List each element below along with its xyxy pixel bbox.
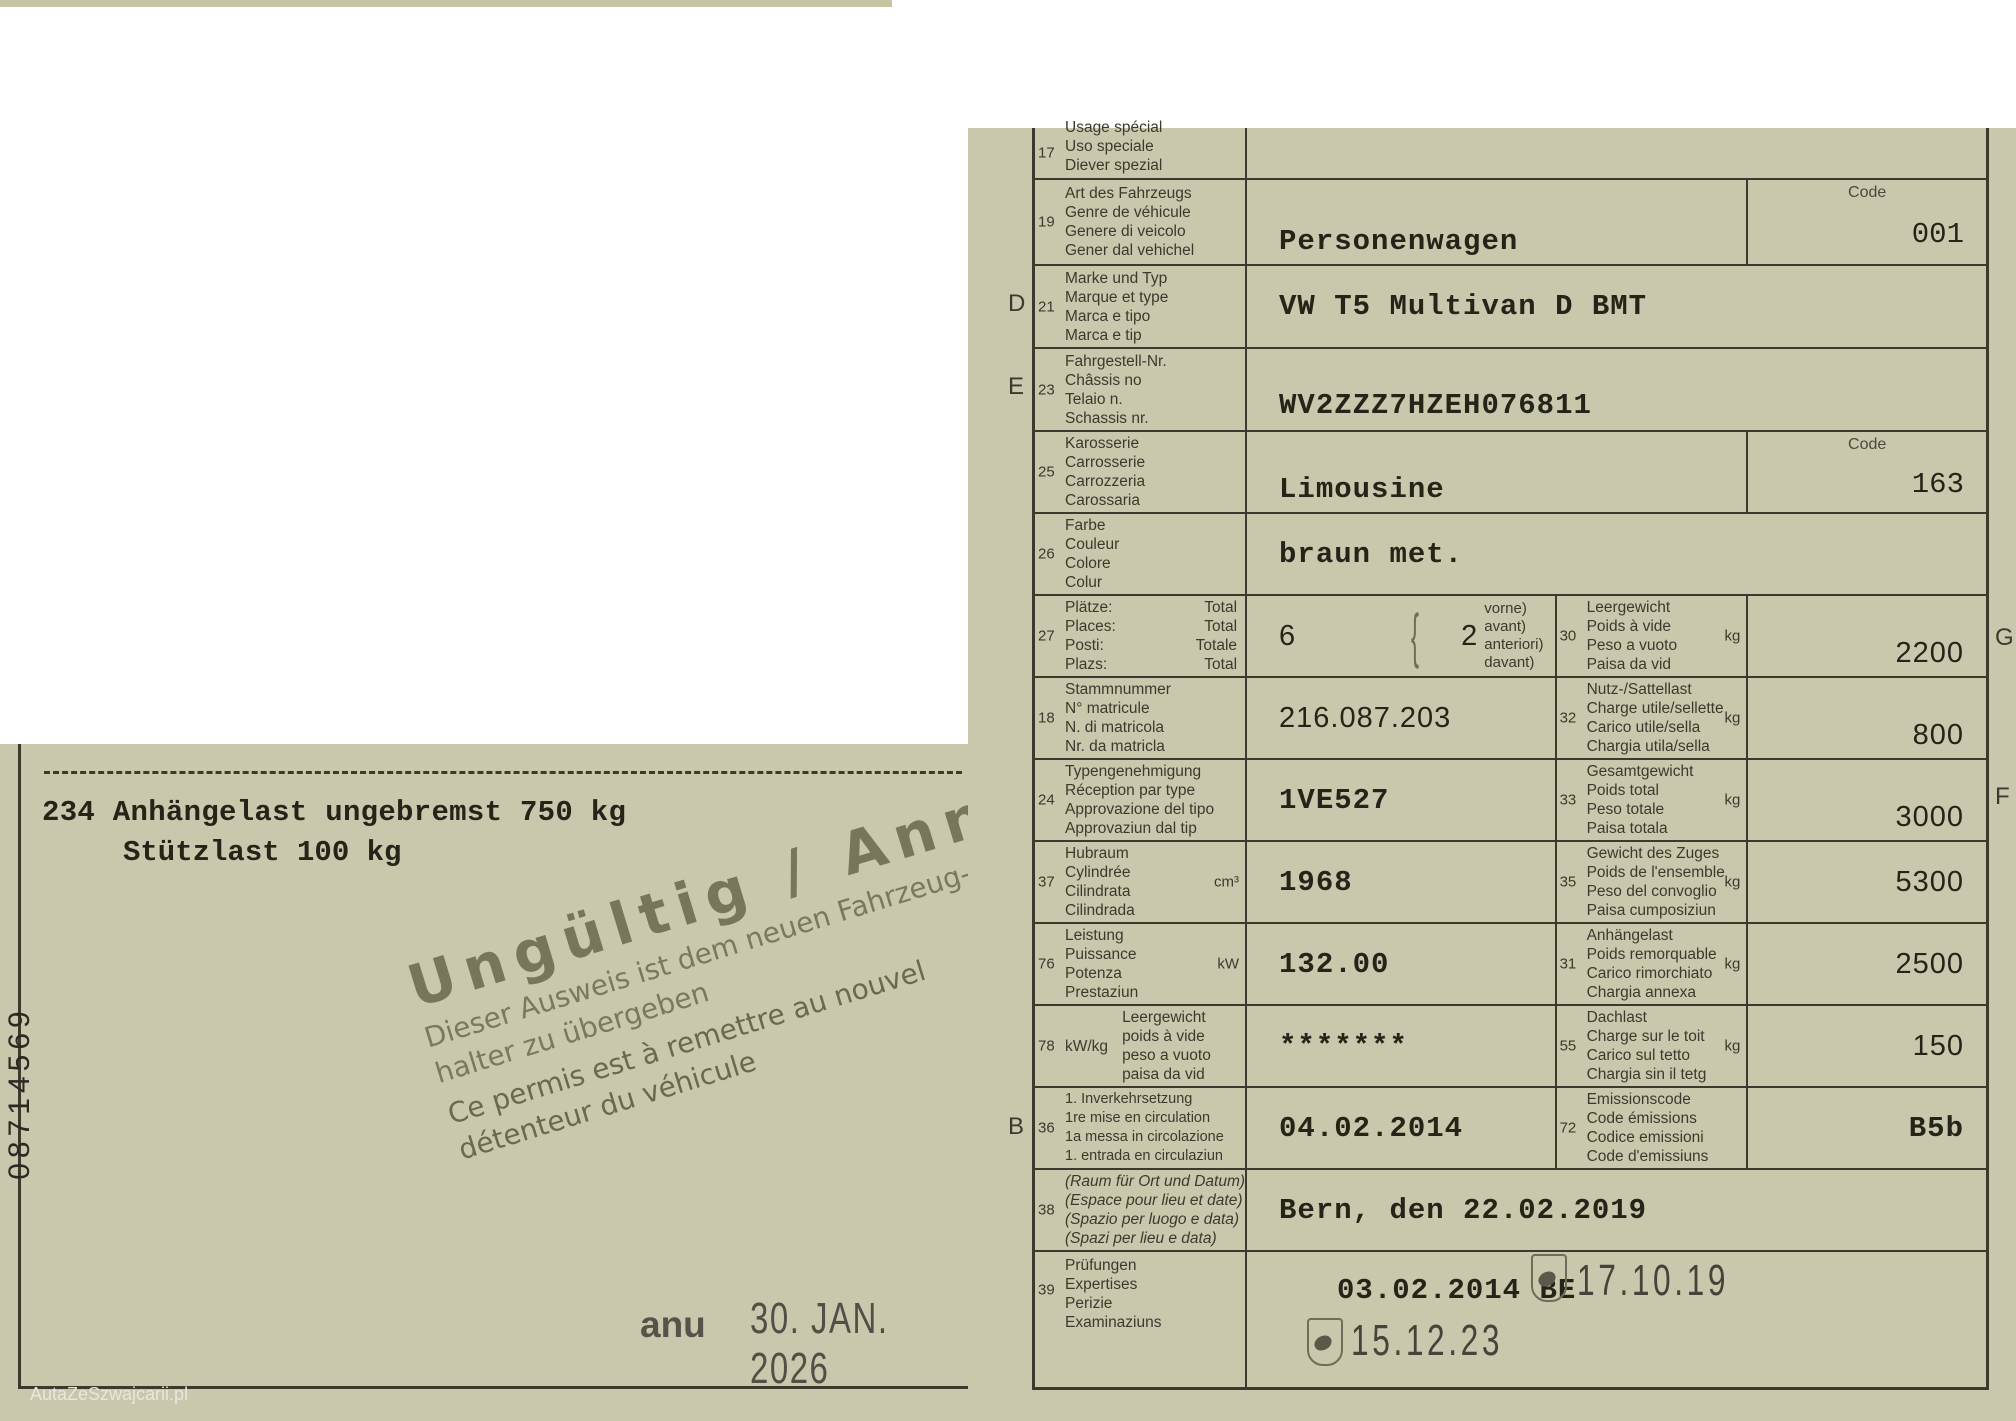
label-payload: 32kg Nutz-/SattellastCharge utile/sellet… — [1556, 677, 1748, 759]
row-chassis: 23 Fahrgestell-Nr.Châssis no Telaio n.Sc… — [1034, 348, 1988, 431]
value-make-type: VW T5 Multivan D BMT — [1246, 265, 1987, 348]
bern-shield-icon — [1531, 1254, 1567, 1302]
value-combination-weight: 5300 — [1747, 841, 1987, 923]
value-body: Limousine — [1246, 431, 1747, 513]
row-power-ratio-roof: 78 kW/kg Leergewichtpoids à vide peso a … — [1034, 1005, 1988, 1087]
side-letter-f: F — [1995, 783, 2010, 811]
value-empty-weight: 2200 — [1747, 595, 1987, 677]
label-roof-load: 55kg DachlastCharge sur le toit Carico s… — [1556, 1005, 1748, 1087]
value-seats-front: { 2 vorne)avant) anteriori)davant) — [1401, 595, 1555, 677]
note-support-load: Stützlast 100 kg — [123, 836, 401, 869]
watermark: AutaZeSzwajcarii.pl — [30, 1384, 188, 1405]
cancel-date-stamp: 30. JAN. 2026 — [750, 1294, 917, 1394]
label-vehicle-kind: 19 Art des FahrzeugsGenre de véhicule Ge… — [1034, 179, 1247, 265]
inspection-stamp-2019: 17.10.19 — [1577, 1256, 1729, 1306]
value-payload: 800 — [1747, 677, 1987, 759]
label-seats: 27 Plätze:Total Places:Total Posti:Total… — [1034, 595, 1247, 677]
label-color: 26 FarbeCouleur ColoreColur — [1034, 513, 1247, 595]
value-trailer-load: 2500 — [1747, 923, 1987, 1005]
brace-icon: { — [1411, 606, 1419, 666]
label-body: 25 KarosserieCarrosserie CarrozzeriaCaro… — [1034, 431, 1247, 513]
row-usage: 17 Usage spécial Uso speciale Diever spe… — [1034, 128, 1988, 179]
dashed-separator — [44, 771, 962, 774]
row-inspections: 39 PrüfungenExpertises PerizieExaminaziu… — [1034, 1251, 1988, 1388]
label-inspections: 39 PrüfungenExpertises PerizieExaminaziu… — [1034, 1251, 1247, 1388]
label-emission-code: 72 EmissionscodeCode émissions Codice em… — [1556, 1087, 1748, 1169]
row-displacement-combination: 37cm³ HubraumCylindrée CilindrataCilindr… — [1034, 841, 1988, 923]
row-type-approval-total-weight: 24 TypengenehmigungRéception par type Ap… — [1034, 759, 1988, 841]
value-first-registration: 04.02.2014 — [1246, 1087, 1556, 1169]
label-make-type: 21 Marke und TypMarque et type Marca e t… — [1034, 265, 1247, 348]
label-type-approval: 24 TypengenehmigungRéception par type Ap… — [1034, 759, 1247, 841]
row-place-date: 38 (Raum für Ort und Datum)(Espace pour … — [1034, 1169, 1988, 1251]
value-roof-load: 150 — [1747, 1005, 1987, 1087]
row-seats-empty-weight: 27 Plätze:Total Places:Total Posti:Total… — [1034, 595, 1988, 677]
value-displacement: 1968 — [1246, 841, 1556, 923]
registration-back-panel: 234 Anhängelast ungebremst 750 kg Stützl… — [0, 744, 972, 1421]
label-usage: 17 Usage spécial Uso speciale Diever spe… — [1034, 128, 1247, 179]
label-combination-weight: 35kg Gewicht des ZugesPoids de l'ensembl… — [1556, 841, 1748, 923]
value-emission-code: B5b — [1747, 1087, 1987, 1169]
label-first-registration: 36 1. Inverkehrsetzung1re mise en circul… — [1034, 1087, 1247, 1169]
value-matricule: 216.087.203 — [1246, 677, 1556, 759]
value-vehicle-kind: Personenwagen — [1246, 179, 1747, 265]
value-inspections: 03.02.2014 BE 17.10.19 15.12.23 — [1246, 1251, 1987, 1388]
value-total-weight: 3000 — [1747, 759, 1987, 841]
row-body: 25 KarosserieCarrosserie CarrozzeriaCaro… — [1034, 431, 1988, 513]
bern-shield-icon — [1307, 1318, 1343, 1366]
label-power-ratio: 78 kW/kg Leergewichtpoids à vide peso a … — [1034, 1005, 1247, 1087]
value-color: braun met. — [1246, 513, 1987, 595]
side-letter-d: D — [1008, 290, 1025, 318]
row-color: 26 FarbeCouleur ColoreColur braun met. — [1034, 513, 1988, 595]
code-vehicle-kind: Code 001 — [1747, 179, 1987, 265]
value-type-approval: 1VE527 — [1246, 759, 1556, 841]
label-matricule: 18 StammnummerN° matricule N. di matrico… — [1034, 677, 1247, 759]
row-vehicle-kind: 19 Art des FahrzeugsGenre de véhicule Ge… — [1034, 179, 1988, 265]
side-letter-g: G — [1995, 624, 2014, 652]
side-letter-b: B — [1008, 1113, 1024, 1141]
label-displacement: 37cm³ HubraumCylindrée CilindrataCilindr… — [1034, 841, 1247, 923]
note-trailer-load: 234 Anhängelast ungebremst 750 kg — [42, 796, 626, 829]
row-make-type: 21 Marke und TypMarque et type Marca e t… — [1034, 265, 1988, 348]
value-seats-total: 6 — [1246, 595, 1401, 677]
label-trailer-load: 31kg AnhängelastPoids remorquable Carico… — [1556, 923, 1748, 1005]
label-chassis: 23 Fahrgestell-Nr.Châssis no Telaio n.Sc… — [1034, 348, 1247, 431]
serial-number: 08714569 — [3, 978, 37, 1208]
value-place-date: Bern, den 22.02.2019 — [1246, 1169, 1987, 1251]
label-total-weight: 33kg GesamtgewichtPoids total Peso total… — [1556, 759, 1748, 841]
code-body: Code 163 — [1747, 431, 1987, 513]
value-power: 132.00 — [1246, 923, 1556, 1005]
label-place-date: 38 (Raum für Ort und Datum)(Espace pour … — [1034, 1169, 1247, 1251]
registration-table: 17 Usage spécial Uso speciale Diever spe… — [1032, 128, 1989, 1390]
registration-front-panel: D E B G F 17 Usage spécial Uso speciale … — [968, 128, 2016, 1421]
row-power-trailer: 76kW LeistungPuissance PotenzaPrestaziun… — [1034, 923, 1988, 1005]
side-letter-e: E — [1008, 373, 1024, 401]
value-power-ratio: ******* — [1246, 1005, 1556, 1087]
value-usage — [1246, 128, 1987, 179]
cancel-initials: anu — [640, 1304, 706, 1346]
row-first-registration-emissions: 36 1. Inverkehrsetzung1re mise en circul… — [1034, 1087, 1988, 1169]
row-matricule-payload: 18 StammnummerN° matricule N. di matrico… — [1034, 677, 1988, 759]
label-empty-weight: 30kg LeergewichtPoids à vide Peso a vuot… — [1556, 595, 1748, 677]
label-power: 76kW LeistungPuissance PotenzaPrestaziun — [1034, 923, 1247, 1005]
inspection-stamp-2023: 15.12.23 — [1351, 1316, 1503, 1366]
value-chassis: WV2ZZZ7HZEH076811 — [1246, 348, 1987, 431]
top-paper-edge — [0, 0, 892, 7]
